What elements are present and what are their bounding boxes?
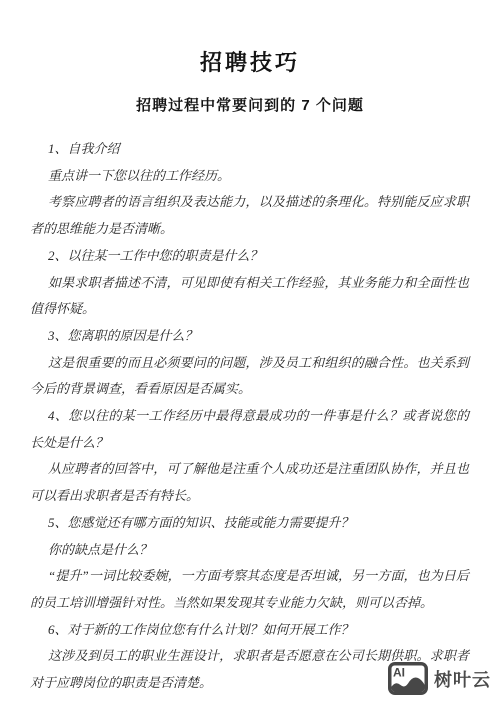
paragraph-q1-note: 考察应聘者的语言组织及表达能力，以及描述的条理化。特别能反应求职者的思维能力是否… bbox=[30, 189, 469, 242]
watermark-brand: 树叶云 bbox=[434, 666, 491, 692]
logo-ai-label: AI bbox=[393, 666, 405, 680]
document-title: 招聘技巧 bbox=[0, 0, 500, 77]
document-body: 1、自我介绍 重点讲一下您以往的工作经历。 考察应聘者的语言组织及表达能力，以及… bbox=[30, 136, 469, 697]
paragraph-q4-note: 从应聘者的回答中，可了解他是注重个人成功还是注重团队协作，并且也可以看出求职者是… bbox=[30, 456, 469, 509]
paragraph-q3-note: 这是很重要的而且必须要问的问题，涉及员工和组织的融合性。也关系到今后的背景调查，… bbox=[30, 350, 469, 403]
paragraph-q1: 1、自我介绍 bbox=[30, 136, 469, 163]
paragraph-q2-note: 如果求职者描述不清，可见即使有相关工作经验，其业务能力和全面性也值得怀疑。 bbox=[30, 270, 469, 323]
paragraph-q2: 2、以往某一工作中您的职责是什么？ bbox=[30, 243, 469, 270]
document-subtitle: 招聘过程中常要问到的 7 个问题 bbox=[0, 94, 500, 115]
document-page: 招聘技巧 招聘过程中常要问到的 7 个问题 1、自我介绍 重点讲一下您以往的工作… bbox=[0, 0, 500, 707]
ai-image-logo-icon: AI bbox=[388, 662, 428, 695]
paragraph-q4: 4、您以往的某一工作经历中最得意最成功的一件事是什么？或者说您的长处是什么？ bbox=[30, 403, 469, 456]
paragraph-q1-prompt: 重点讲一下您以往的工作经历。 bbox=[30, 163, 469, 190]
paragraph-q6: 6、对于新的工作岗位您有什么计划？如何开展工作？ bbox=[30, 617, 469, 644]
paragraph-q5: 5、您感觉还有哪方面的知识、技能或能力需要提升？ bbox=[30, 510, 469, 537]
paragraph-q5-sub: 你的缺点是什么？ bbox=[30, 537, 469, 564]
paragraph-q3: 3、您离职的原因是什么？ bbox=[30, 323, 469, 350]
watermark: AI 树叶云 bbox=[388, 662, 491, 695]
paragraph-q5-note: “提升”一词比较委婉，一方面考察其态度是否坦诚，另一方面，也为日后的员工培训增强… bbox=[30, 563, 469, 616]
